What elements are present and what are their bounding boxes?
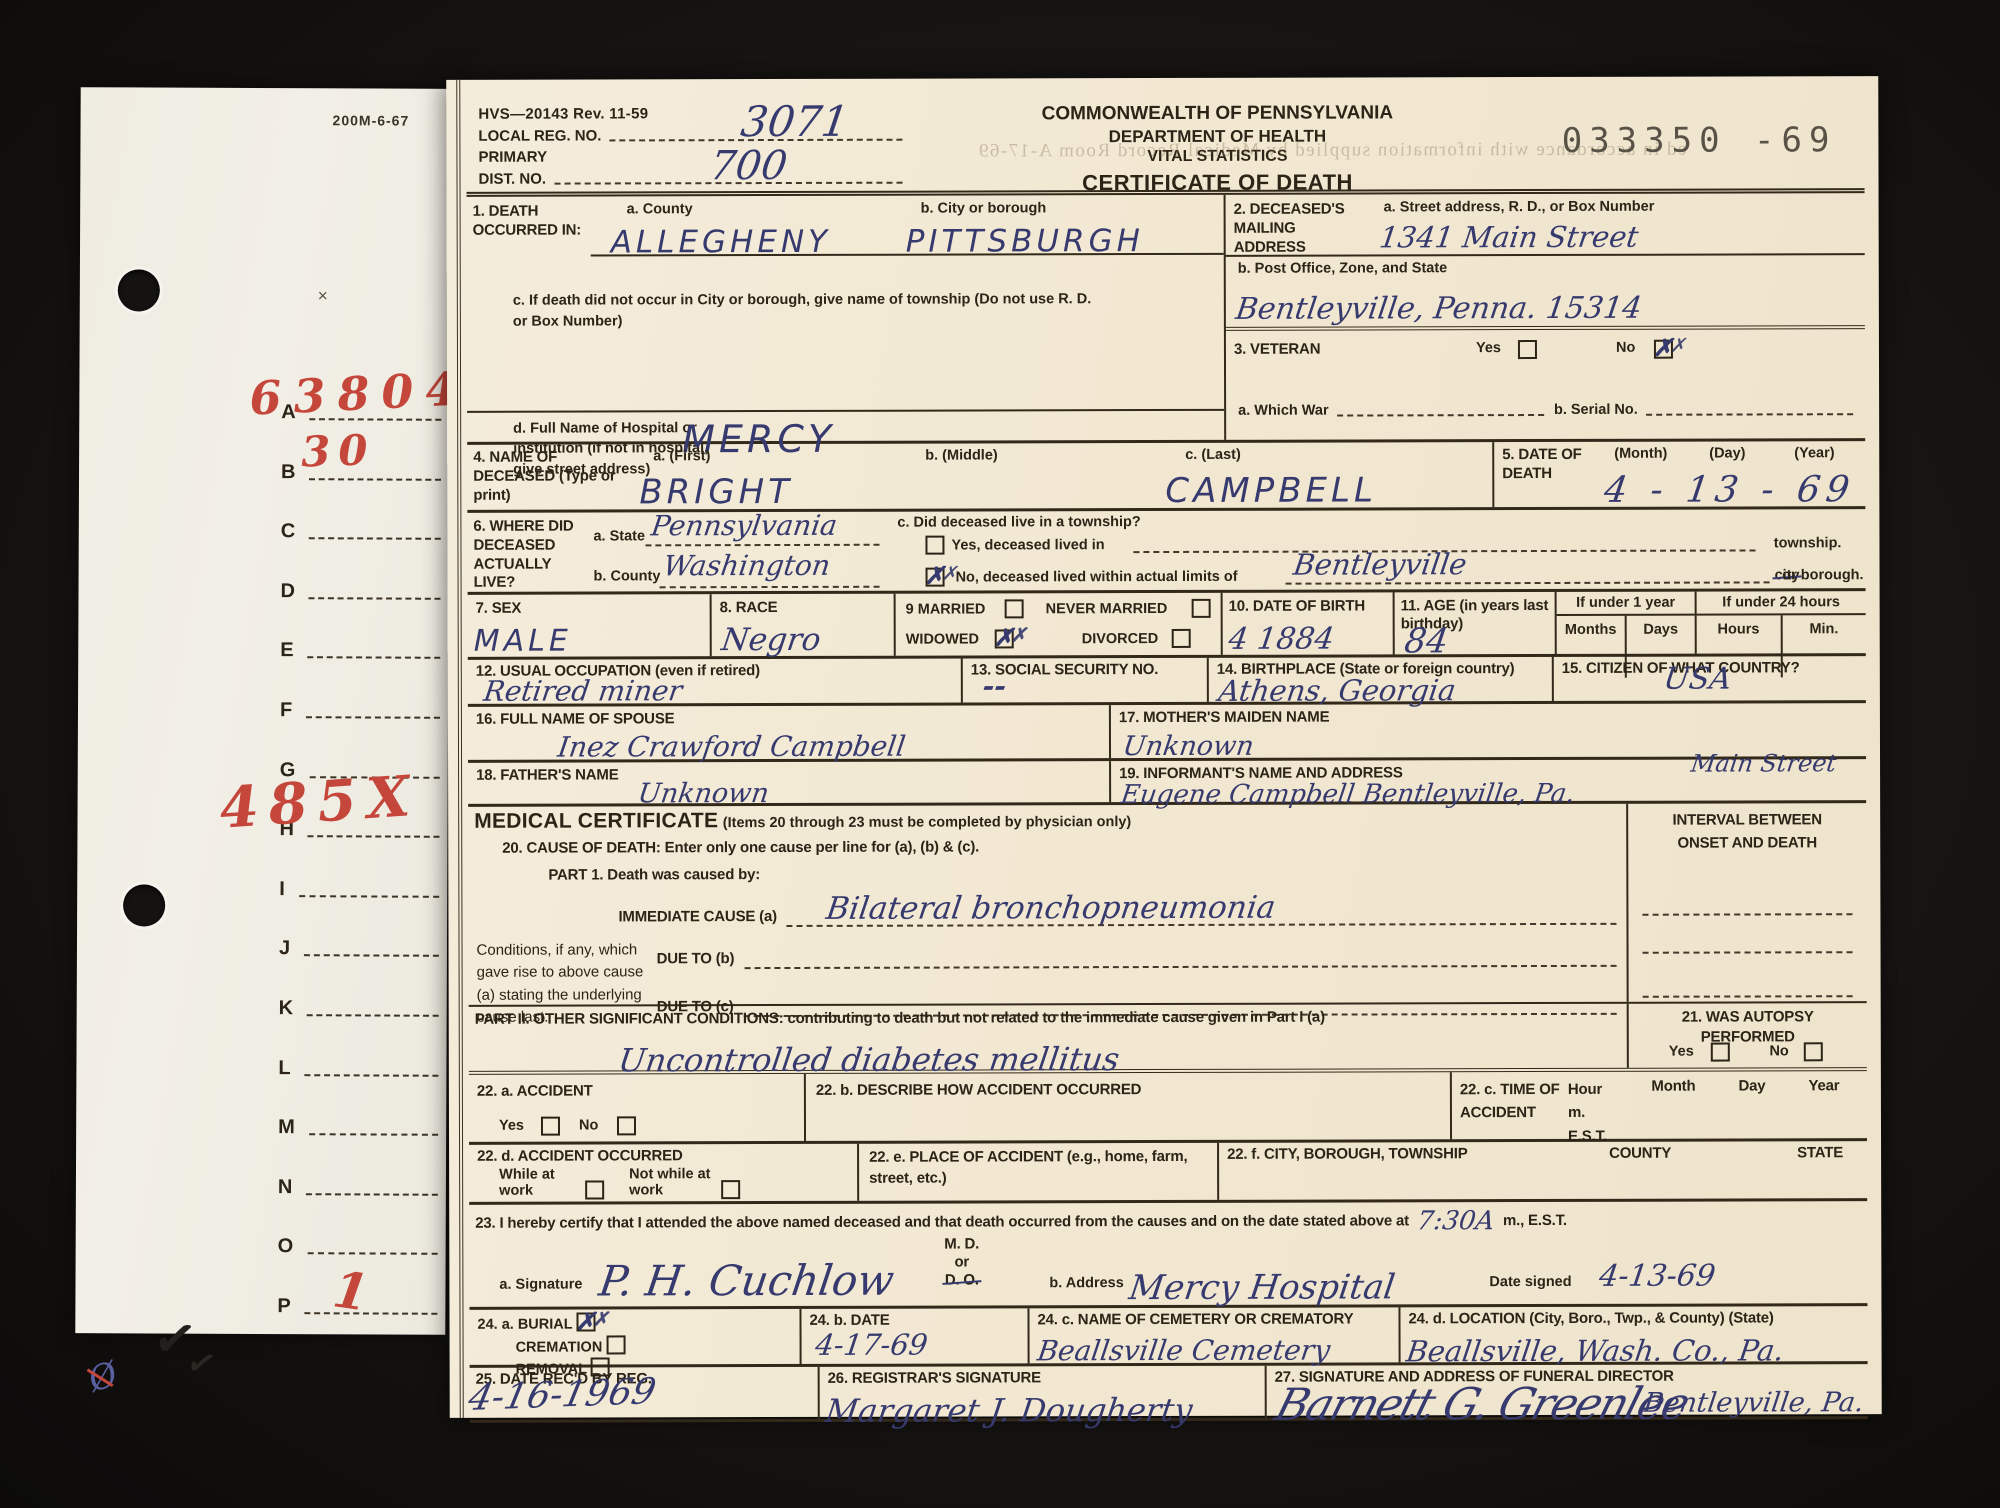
s6-county-label: b. County <box>594 568 661 584</box>
row-2: 4. NAME OF DECEASED (Type or print) a. (… <box>467 441 1865 513</box>
s16-value: Inez Crawford Campbell <box>556 733 907 762</box>
stub-dashed-line <box>307 1253 437 1256</box>
stub-row-j: J <box>279 934 439 959</box>
s24-burial-checkbox <box>577 1312 596 1331</box>
stub-letter: B <box>281 462 296 482</box>
s3-no-label: No <box>1616 340 1635 356</box>
s18-label: 18. FATHER'S NAME <box>476 766 618 785</box>
section-26-registrar-signature: 26. REGISTRAR'S SIGNATURE Margaret J. Do… <box>818 1366 1265 1419</box>
s23-m-est: m., E.S.T. <box>1503 1212 1567 1229</box>
s5-day-label: (Day) <box>1709 445 1745 461</box>
header-left-block: HVS—20143 Rev. 11-59 LOCAL REG. NO. 3071… <box>466 79 908 192</box>
s27-address-value: Bentleyville, Pa. <box>1642 1389 1866 1417</box>
s5-month-label: (Month) <box>1614 446 1667 462</box>
section-22b-describe: 22. b. DESCRIBE HOW ACCIDENT OCCURRED <box>804 1072 1450 1141</box>
interval-column: INTERVAL BETWEEN ONSET AND DEATH <box>1626 803 1867 1002</box>
section-10-birth-date: 10. DATE OF BIRTH 4 1884 <box>1221 592 1393 654</box>
s21-yes-label: Yes <box>1669 1044 1694 1060</box>
s9-divorced-label: DIVORCED <box>1082 631 1159 647</box>
stub-dashed-line <box>304 955 439 958</box>
stub-row-k: K <box>279 994 439 1019</box>
corner-scribble: Ø <box>84 1354 123 1401</box>
s3-serial-label: b. Serial No. <box>1554 402 1638 418</box>
stub-letter: N <box>278 1177 293 1197</box>
s24-burial-label: 24. a. BURIAL <box>477 1317 572 1333</box>
s22-yes-label: Yes <box>499 1118 524 1134</box>
pencil-x-mark: × <box>318 286 328 306</box>
stub-dashed-line <box>307 1014 439 1017</box>
section-14-birthplace: 14. BIRTHPLACE (State or foreign country… <box>1207 657 1552 702</box>
certificate-title: CERTIFICATE OF DEATH <box>908 168 1526 197</box>
s1-city-value: PITTSBURGH <box>906 226 1144 258</box>
stub-row-m: M <box>278 1113 438 1138</box>
section-22c-time: 22. c. TIME OF ACCIDENT Hour m. E.S.T. M… <box>1450 1071 1867 1139</box>
medical-title: MEDICAL CERTIFICATE <box>474 809 718 833</box>
section-27-funeral-director: 27. SIGNATURE AND ADDRESS OF FUNERAL DIR… <box>1265 1364 1868 1418</box>
s6-state-value: Pennsylvania <box>649 512 838 540</box>
row-1: 1. DEATH OCCURRED IN: a. County b. City … <box>467 193 1866 445</box>
s20-immediate-line: Bilateral bronchopneumonia <box>787 910 1617 926</box>
s11-under24-label: If under 24 hours <box>1697 591 1866 615</box>
s5-label: 5. DATE OF DEATH <box>1502 446 1592 484</box>
s4-middle-label: b. (Middle) <box>925 447 998 463</box>
s21-yes-checkbox <box>1711 1043 1730 1062</box>
s24-cremation-label: CREMATION <box>516 1339 603 1355</box>
header-titles: COMMONWEALTH OF PENNSYLVANIA DEPARTMENT … <box>908 77 1526 191</box>
s20-due-b-line <box>744 954 1616 968</box>
stub-rows: ABCDEFGHIJKLMNOP <box>81 87 451 89</box>
s10-value: 4 1884 <box>1227 625 1336 655</box>
section-24c-cemetery: 24. c. NAME OF CEMETERY OR CREMATORY Bea… <box>1027 1307 1398 1363</box>
s24-cremation-checkbox <box>606 1335 625 1354</box>
s22-d-label: 22. d. ACCIDENT OCCURRED <box>477 1147 683 1166</box>
s9-never-label: NEVER MARRIED <box>1046 601 1168 617</box>
s8-value: Negro <box>720 625 823 656</box>
section-9-marital: 9 MARRIED NEVER MARRIED WIDOWED DIVORCED <box>894 593 1221 656</box>
s23-address-label: b. Address <box>1049 1275 1123 1291</box>
s20-immediate-value: Bilateral bronchopneumonia <box>825 892 1278 924</box>
s2-postoffice-label: b. Post Office, Zone, and State <box>1238 260 1448 277</box>
row-6: 16. FULL NAME OF SPOUSE Inez Crawford Ca… <box>468 703 1866 763</box>
s5-year-label: (Year) <box>1794 445 1834 461</box>
stub-letter: K <box>279 998 294 1018</box>
s22-hour-label: Hour <box>1568 1078 1630 1101</box>
section-13-ssn: 13. SOCIAL SECURITY NO. -- <box>961 658 1207 703</box>
stub-row-i: I <box>279 875 439 900</box>
s22-county-label: COUNTY <box>1609 1145 1671 1164</box>
s3-no-checkbox <box>1654 340 1673 359</box>
stub-row-e: E <box>280 636 440 661</box>
s3-veteran-label: 3. VETERAN <box>1234 341 1320 360</box>
file-number-stamp: 033350 -69 <box>1562 120 1837 161</box>
s22-yes-checkbox <box>541 1117 560 1136</box>
s4-label: 4. NAME OF DECEASED (Type or print) <box>467 444 625 509</box>
s6-county-value: Washington <box>662 552 832 580</box>
medical-subtitle: (Items 20 through 23 must be completed b… <box>723 814 1132 831</box>
s22-year-label: Year <box>1808 1077 1839 1138</box>
s23-date-signed-label: Date signed <box>1489 1274 1571 1290</box>
s6-township-question: c. Did deceased live in a township? <box>897 514 1140 531</box>
section-24a-burial: 24. a. BURIAL CREMATION REMOVAL <box>469 1309 799 1365</box>
s15-value: USA <box>1662 665 1734 695</box>
s22-day-label: Day <box>1738 1077 1765 1138</box>
red-annotation-h: 485X <box>218 768 422 837</box>
s22-month-label: Month <box>1651 1078 1695 1139</box>
s22-no-label: No <box>579 1117 598 1133</box>
stub-row-d: D <box>280 577 440 602</box>
section-11-under-1-year: If under 1 year Months Days <box>1555 592 1695 654</box>
dist-no-line: 700 <box>554 168 903 185</box>
s21-no-checkbox <box>1804 1042 1823 1061</box>
s20-due-b-label: DUE TO (b) <box>657 950 735 969</box>
s23-date-signed-value: 4-13-69 <box>1597 1262 1717 1292</box>
s2-street-label: a. Street address, R. D., or Box Number <box>1384 199 1655 216</box>
s1-city-label: b. City or borough <box>921 200 1047 216</box>
stub-letter: D <box>280 581 295 601</box>
s10-label: 10. DATE OF BIRTH <box>1229 597 1365 616</box>
section-25-date-received: 25. DATE REC'D BY REG. 4-16-1969 <box>470 1367 818 1420</box>
hole-punch-top <box>118 269 160 311</box>
dist-no-label: DIST. NO. <box>478 171 546 188</box>
interval-line-b <box>1643 951 1853 954</box>
s9-never-checkbox <box>1192 599 1211 618</box>
section-24b-date: 24. b. DATE 4-17-69 <box>799 1308 1027 1364</box>
section-1-death-occurred: 1. DEATH OCCURRED IN: a. County b. City … <box>467 195 1225 442</box>
death-certificate-page: ed in accordance with information suppli… <box>446 76 1881 1418</box>
s23-signature-value: P. H. Cuchlow <box>597 1260 897 1303</box>
s22-while-checkbox <box>585 1180 604 1199</box>
s7-value: MALE <box>474 627 572 657</box>
s3-yes-checkbox <box>1518 340 1537 359</box>
stub-letter: J <box>279 938 290 958</box>
stub-letter: F <box>280 700 292 720</box>
ledger-stub-page: 200M-6-67 ABCDEFGHIJKLMNOP × 63804 30 48… <box>75 87 450 1335</box>
stub-dashed-line <box>309 478 441 481</box>
interval-label-1: INTERVAL BETWEEN <box>1628 803 1866 830</box>
s22-notwhile-label: Not while at work <box>629 1166 713 1198</box>
local-reg-label: LOCAL REG. NO. <box>478 127 601 144</box>
s18-value: Unknown <box>636 780 770 807</box>
s17-value: Unknown <box>1121 733 1255 760</box>
s9-widowed-label: WIDOWED <box>906 631 979 647</box>
stub-letter: O <box>278 1236 294 1256</box>
s11-value: 84 <box>1402 624 1450 658</box>
section-6-residence: 6. WHERE DID DECEASED ACTUALLY LIVE? a. … <box>467 509 1865 592</box>
s23-certify-text: 23. I hereby certify that I attended the… <box>475 1212 1409 1231</box>
s20-immediate-label: IMMEDIATE CAUSE (a) <box>618 908 776 927</box>
s1-county-value: ALLEGHENY <box>611 227 831 259</box>
section-12-occupation: 12. USUAL OCCUPATION (even if retired) R… <box>468 659 961 704</box>
row-23-certification: 23. I hereby certify that I attended the… <box>469 1201 1867 1310</box>
s22-notwhile-checkbox <box>721 1180 740 1199</box>
stub-letter: L <box>278 1058 290 1078</box>
section-8-race: 8. RACE Negro <box>710 594 894 656</box>
s22-no-checkbox <box>617 1116 636 1135</box>
commonwealth-title: COMMONWEALTH OF PENNSYLVANIA <box>908 101 1526 126</box>
row-7: 18. FATHER'S NAME Unknown 19. INFORMANT'… <box>468 759 1866 807</box>
s9-widowed-checkbox <box>995 629 1014 648</box>
s23-md-label: M. D. <box>944 1235 979 1253</box>
s2-label: 2. DECEASED'S MAILING ADDRESS <box>1226 194 1362 254</box>
s20-part1-label: PART 1. Death was caused by: <box>468 856 1626 886</box>
s5-value: 4 - 13 - 69 <box>1602 472 1858 509</box>
s23-do-label: D. O. <box>944 1271 979 1289</box>
s6-no-checkbox <box>926 568 945 587</box>
section-5-date-of-death: 5. DATE OF DEATH (Month) (Day) (Year) 4 … <box>1492 441 1865 507</box>
s4-last-label: c. (Last) <box>1185 447 1241 463</box>
s12-value: Retired miner <box>482 677 684 706</box>
s23-signature-label: a. Signature <box>499 1277 582 1293</box>
s3-war-label: a. Which War <box>1238 403 1329 419</box>
interval-label-2: ONSET AND DEATH <box>1628 830 1866 853</box>
stub-row-f: F <box>280 696 440 721</box>
stub-dashed-line <box>309 537 441 540</box>
stub-dashed-line <box>309 597 441 600</box>
s22-while-label: While at work <box>499 1167 579 1199</box>
stub-letter: P <box>277 1296 290 1316</box>
stub-letter: M <box>278 1117 295 1137</box>
section-22d-occurred: 22. d. ACCIDENT OCCURRED While at work N… <box>469 1144 857 1202</box>
s21-label: 21. WAS AUTOPSY PERFORMED <box>1629 1003 1867 1047</box>
s26-value: Margaret J. Dougherty <box>824 1394 1195 1427</box>
interval-line-c <box>1643 995 1853 998</box>
row-25-registrar: 25. DATE REC'D BY REG. 4-16-1969 26. REG… <box>470 1364 1868 1423</box>
s11-under1-label: If under 1 year <box>1557 592 1695 616</box>
s3-serial-line <box>1646 403 1853 416</box>
s24-d-label: 24. d. LOCATION (City, Boro., Twp., & Co… <box>1408 1309 1773 1329</box>
s22-m-label: m. <box>1568 1101 1630 1124</box>
stub-dashed-line <box>309 1133 438 1136</box>
s20-part2-value: Uncontrolled diabetes mellitus <box>617 1043 1122 1076</box>
s9-married-label: 9 MARRIED <box>906 601 986 617</box>
row-5: 12. USUAL OCCUPATION (even if retired) R… <box>468 656 1866 707</box>
section-19-informant: 19. INFORMANT'S NAME AND ADDRESS Main St… <box>1109 759 1866 802</box>
section-15-citizen: 15. CITIZEN OF WHAT COUNTRY? USA <box>1552 656 1866 701</box>
section-21-autopsy: 21. WAS AUTOPSY PERFORMED Yes No <box>1627 1003 1867 1068</box>
stub-dashed-line <box>308 835 440 838</box>
red-annotation-b: 30 <box>301 429 377 473</box>
s6-yes-checkbox <box>925 536 944 555</box>
stub-row-l: L <box>278 1054 438 1079</box>
s8-label: 8. RACE <box>720 599 778 618</box>
s23-or-label: or <box>944 1253 979 1271</box>
s6-suffix: or borough. <box>1782 567 1863 583</box>
stub-row-n: N <box>278 1173 438 1198</box>
s6-state-label: a. State <box>593 528 645 544</box>
s22-state-label: STATE <box>1797 1144 1843 1163</box>
s6-borough-line <box>1286 581 1770 584</box>
s9-married-checkbox <box>1005 599 1024 618</box>
s6-township-suffix: township. <box>1774 535 1842 551</box>
s16-label: 16. FULL NAME OF SPOUSE <box>476 710 675 729</box>
s22-f-label: 22. f. CITY, BOROUGH, TOWNSHIP <box>1227 1145 1467 1164</box>
red-annotation-a: 63804 <box>248 365 470 422</box>
s1-county-label: a. County <box>627 201 693 217</box>
s19-value-top: Main Street <box>1689 751 1838 775</box>
stub-row-o: O <box>278 1232 438 1257</box>
row-24-disposition: 24. a. BURIAL CREMATION REMOVAL 24. b. D… <box>469 1306 1867 1368</box>
s24-c-value: Beallsville Cemetery <box>1036 1337 1332 1366</box>
section-11-under-24-hours: If under 24 hours Hours Min. <box>1695 591 1866 653</box>
s6-state-line <box>645 544 879 547</box>
s23-address-value: Mercy Hospital <box>1127 1270 1397 1305</box>
section-22a-accident: 22. a. ACCIDENT Yes No <box>469 1074 804 1142</box>
certificate-form: 1. DEATH OCCURRED IN: a. County b. City … <box>467 188 1868 1423</box>
section-2-3-mailing-veteran: 2. DECEASED'S MAILING ADDRESS a. Street … <box>1224 193 1866 440</box>
scanned-document-scene: 200M-6-67 ABCDEFGHIJKLMNOP × 63804 30 48… <box>0 0 2000 1508</box>
row-4: 7. SEX MALE 8. RACE Negro 9 MARRIED NEVE… <box>468 591 1866 660</box>
local-reg-value: 3071 <box>738 101 851 143</box>
red-annotation-p: 1 <box>330 1264 372 1318</box>
row-3: 6. WHERE DID DECEASED ACTUALLY LIVE? a. … <box>467 509 1865 595</box>
stub-dashed-line <box>305 1074 439 1077</box>
stub-dashed-line <box>306 716 440 719</box>
stub-letter: I <box>279 879 285 899</box>
s21-no-label: No <box>1769 1043 1788 1059</box>
s2-postoffice-value: Bentleyville, Penna. 15314 <box>1234 294 1644 325</box>
s24-b-value: 4-17-69 <box>814 1331 930 1360</box>
interval-line-a <box>1642 913 1852 916</box>
s2-street-value: 1341 Main Street <box>1378 223 1641 253</box>
s14-value: Athens, Georgia <box>1217 676 1458 706</box>
section-22e-place: 22. e. PLACE OF ACCIDENT (e.g., home, fa… <box>857 1143 1217 1201</box>
section-7-sex: 7. SEX MALE <box>468 594 710 657</box>
part-2-conditions: PART II. OTHER SIGNIFICANT CONDITIONS: c… <box>469 1004 1627 1071</box>
s3-yes-label: Yes <box>1476 340 1501 356</box>
s6-label: 6. WHERE DID DECEASED ACTUALLY LIVE? <box>467 512 593 591</box>
dist-no-value: 700 <box>708 146 790 186</box>
section-24d-location: 24. d. LOCATION (City, Boro., Twp., & Co… <box>1398 1306 1867 1362</box>
s22-a-label: 22. a. ACCIDENT <box>477 1082 593 1101</box>
s27-signature-value: Barnett G. Greenlee <box>1270 1383 1692 1428</box>
s4-last-value: CAMPBELL <box>1165 473 1377 508</box>
stub-dashed-line <box>308 657 441 660</box>
s22-c-label: 22. c. TIME OF ACCIDENT <box>1452 1072 1568 1139</box>
hole-punch-bottom <box>123 884 165 926</box>
s24-d-value: Beallsville, Wash. Co., Pa. <box>1405 1336 1786 1366</box>
s22-b-label: 22. b. DESCRIBE HOW ACCIDENT OCCURRED <box>806 1072 1450 1100</box>
section-18-father: 18. FATHER'S NAME Unknown <box>468 761 1109 804</box>
s13-value: -- <box>981 672 1008 700</box>
s6-county-line <box>660 586 880 589</box>
section-4-name: 4. NAME OF DECEASED (Type or print) a. (… <box>467 442 1492 510</box>
s1-township-label: c. If death did not occur in City or bor… <box>513 289 1104 333</box>
row-22-bottom: 22. d. ACCIDENT OCCURRED While at work N… <box>469 1141 1867 1205</box>
stub-dashed-line <box>306 1193 438 1196</box>
stub-dashed-line <box>299 895 439 898</box>
stub-row-c: C <box>281 517 441 542</box>
s9-divorced-checkbox <box>1172 629 1191 648</box>
certificate-header: ed in accordance with information suppli… <box>466 76 1866 192</box>
s7-label: 7. SEX <box>476 600 522 619</box>
stub-print-code: 200M-6-67 <box>333 112 410 128</box>
part-2-row: PART II. OTHER SIGNIFICANT CONDITIONS: c… <box>469 1003 1867 1075</box>
s24-c-label: 24. c. NAME OF CEMETERY OR CREMATORY <box>1037 1311 1353 1331</box>
s3-war-line <box>1337 404 1544 417</box>
medical-certificate-block: MEDICAL CERTIFICATE (Items 20 through 23… <box>468 803 1867 1007</box>
medical-main: MEDICAL CERTIFICATE (Items 20 through 23… <box>468 804 1627 1005</box>
s6-no-text: No, deceased lived within actual limits … <box>956 569 1238 586</box>
s17-label: 17. MOTHER'S MAIDEN NAME <box>1119 709 1330 728</box>
s25-value: 4-16-1969 <box>465 1374 659 1417</box>
s4-first-value: BRIGHT <box>639 475 793 509</box>
section-22f-city: 22. f. CITY, BOROUGH, TOWNSHIP COUNTY ST… <box>1217 1141 1867 1200</box>
s6-yes-text: Yes, deceased lived in <box>951 537 1104 553</box>
s26-label: 26. REGISTRAR'S SIGNATURE <box>828 1369 1041 1388</box>
local-reg-line: 3071 <box>609 125 902 142</box>
s22-e-label: 22. e. PLACE OF ACCIDENT (e.g., home, fa… <box>859 1143 1217 1189</box>
s23-time-value: 7:30A <box>1416 1208 1497 1234</box>
section-11-age: 11. AGE (in years last birthday) 84 <box>1393 592 1555 654</box>
s1-label: 1. DEATH OCCURRED IN: <box>467 196 591 256</box>
s20-part2-label: PART II. OTHER SIGNIFICANT CONDITIONS: c… <box>469 1004 1627 1030</box>
stub-letter: C <box>281 521 296 541</box>
s20-label: 20. CAUSE OF DEATH: Enter only one cause… <box>468 831 1626 859</box>
stub-letter: E <box>280 640 293 660</box>
s6-borough-value: Bentleyville <box>1292 550 1469 579</box>
section-16-spouse: 16. FULL NAME OF SPOUSE Inez Crawford Ca… <box>468 705 1109 760</box>
s4-first-label: a. (First) <box>653 448 710 464</box>
stub-dashed-line <box>305 1312 438 1315</box>
row-22-top: 22. a. ACCIDENT Yes No 22. b. DESCRIBE H… <box>469 1071 1867 1145</box>
